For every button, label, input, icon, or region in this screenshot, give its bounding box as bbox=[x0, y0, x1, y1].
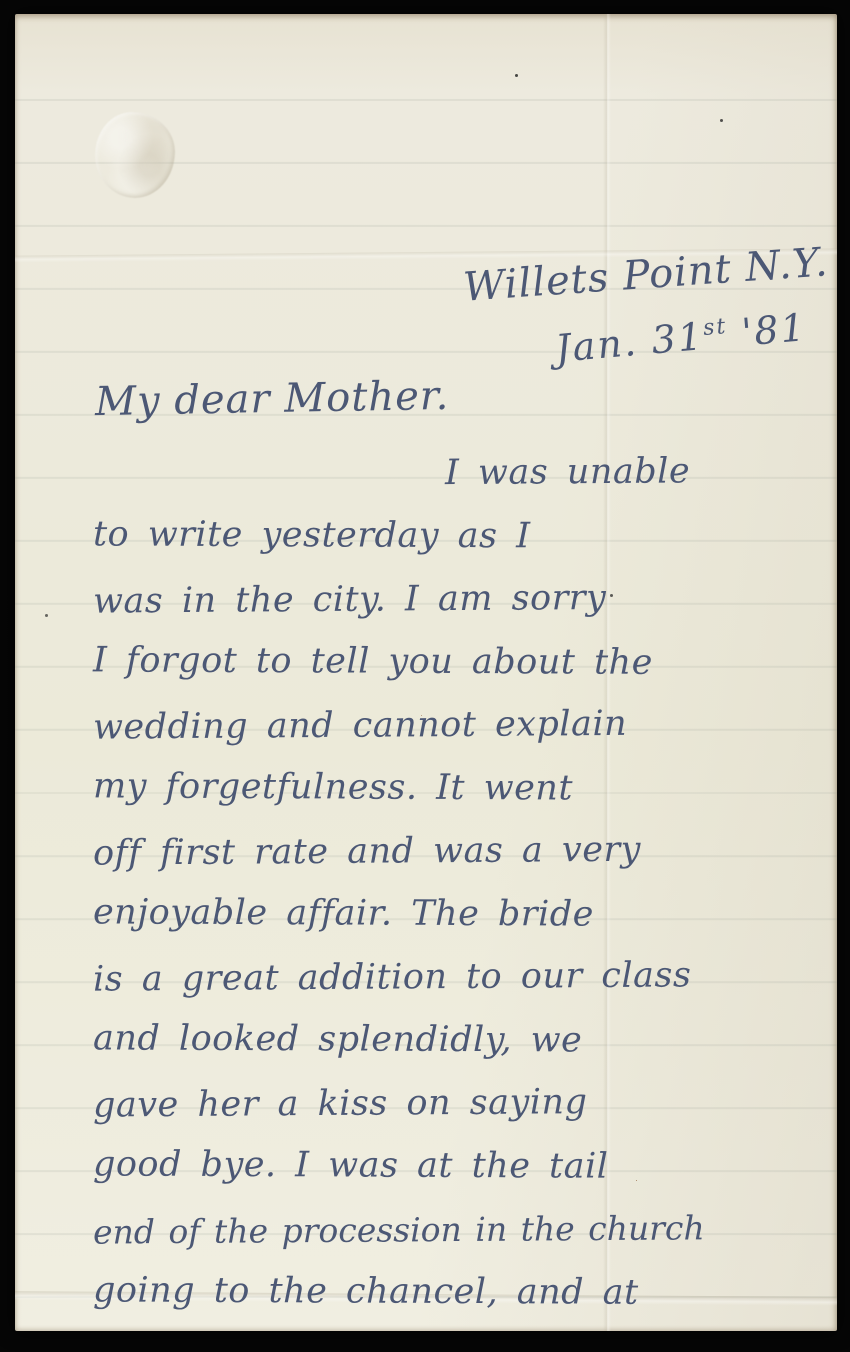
heading-date-superscript: st bbox=[702, 314, 728, 341]
salutation: My dear Mother. bbox=[95, 373, 450, 425]
heading-date-suffix: '81 bbox=[726, 305, 808, 356]
heading-place: Willets Point N.Y. bbox=[462, 239, 830, 310]
scan-background: Willets Point N.Y. Jan. 31st '81 My dear… bbox=[0, 0, 850, 1352]
letter-line: is a great addition to our class bbox=[93, 943, 833, 1011]
letter-line: I forgot to tell you about the bbox=[93, 629, 833, 695]
letter-line: my forgetfulness. It went bbox=[93, 755, 833, 821]
letter-line: going to the chancel, and at bbox=[93, 1259, 833, 1325]
letter-body: I was unableto write yesterday as Iwas i… bbox=[93, 442, 833, 1324]
letter-page: Willets Point N.Y. Jan. 31st '81 My dear… bbox=[15, 14, 837, 1331]
heading-date: Jan. 31st '81 bbox=[554, 305, 809, 371]
paper-specks bbox=[515, 74, 518, 77]
letter-line: enjoyable affair. The bride bbox=[93, 881, 833, 947]
letter-line: was in the city. I am sorry bbox=[93, 565, 833, 633]
letter-line: and looked splendidly, we bbox=[93, 1007, 833, 1073]
letter-line: to write yesterday as I bbox=[93, 503, 833, 569]
letter-line: I was unable bbox=[93, 439, 833, 507]
letter-line: gave her a kiss on saying bbox=[93, 1069, 833, 1137]
letter-line: wedding and cannot explain bbox=[93, 691, 833, 759]
letter-line: good bye. I was at the tail bbox=[93, 1133, 833, 1199]
embossed-seal-icon bbox=[95, 112, 175, 198]
letter-line: end of the procession in the church bbox=[93, 1195, 833, 1263]
letter-line: off first rate and was a very bbox=[93, 817, 833, 885]
heading-date-prefix: Jan. 31 bbox=[554, 314, 706, 371]
